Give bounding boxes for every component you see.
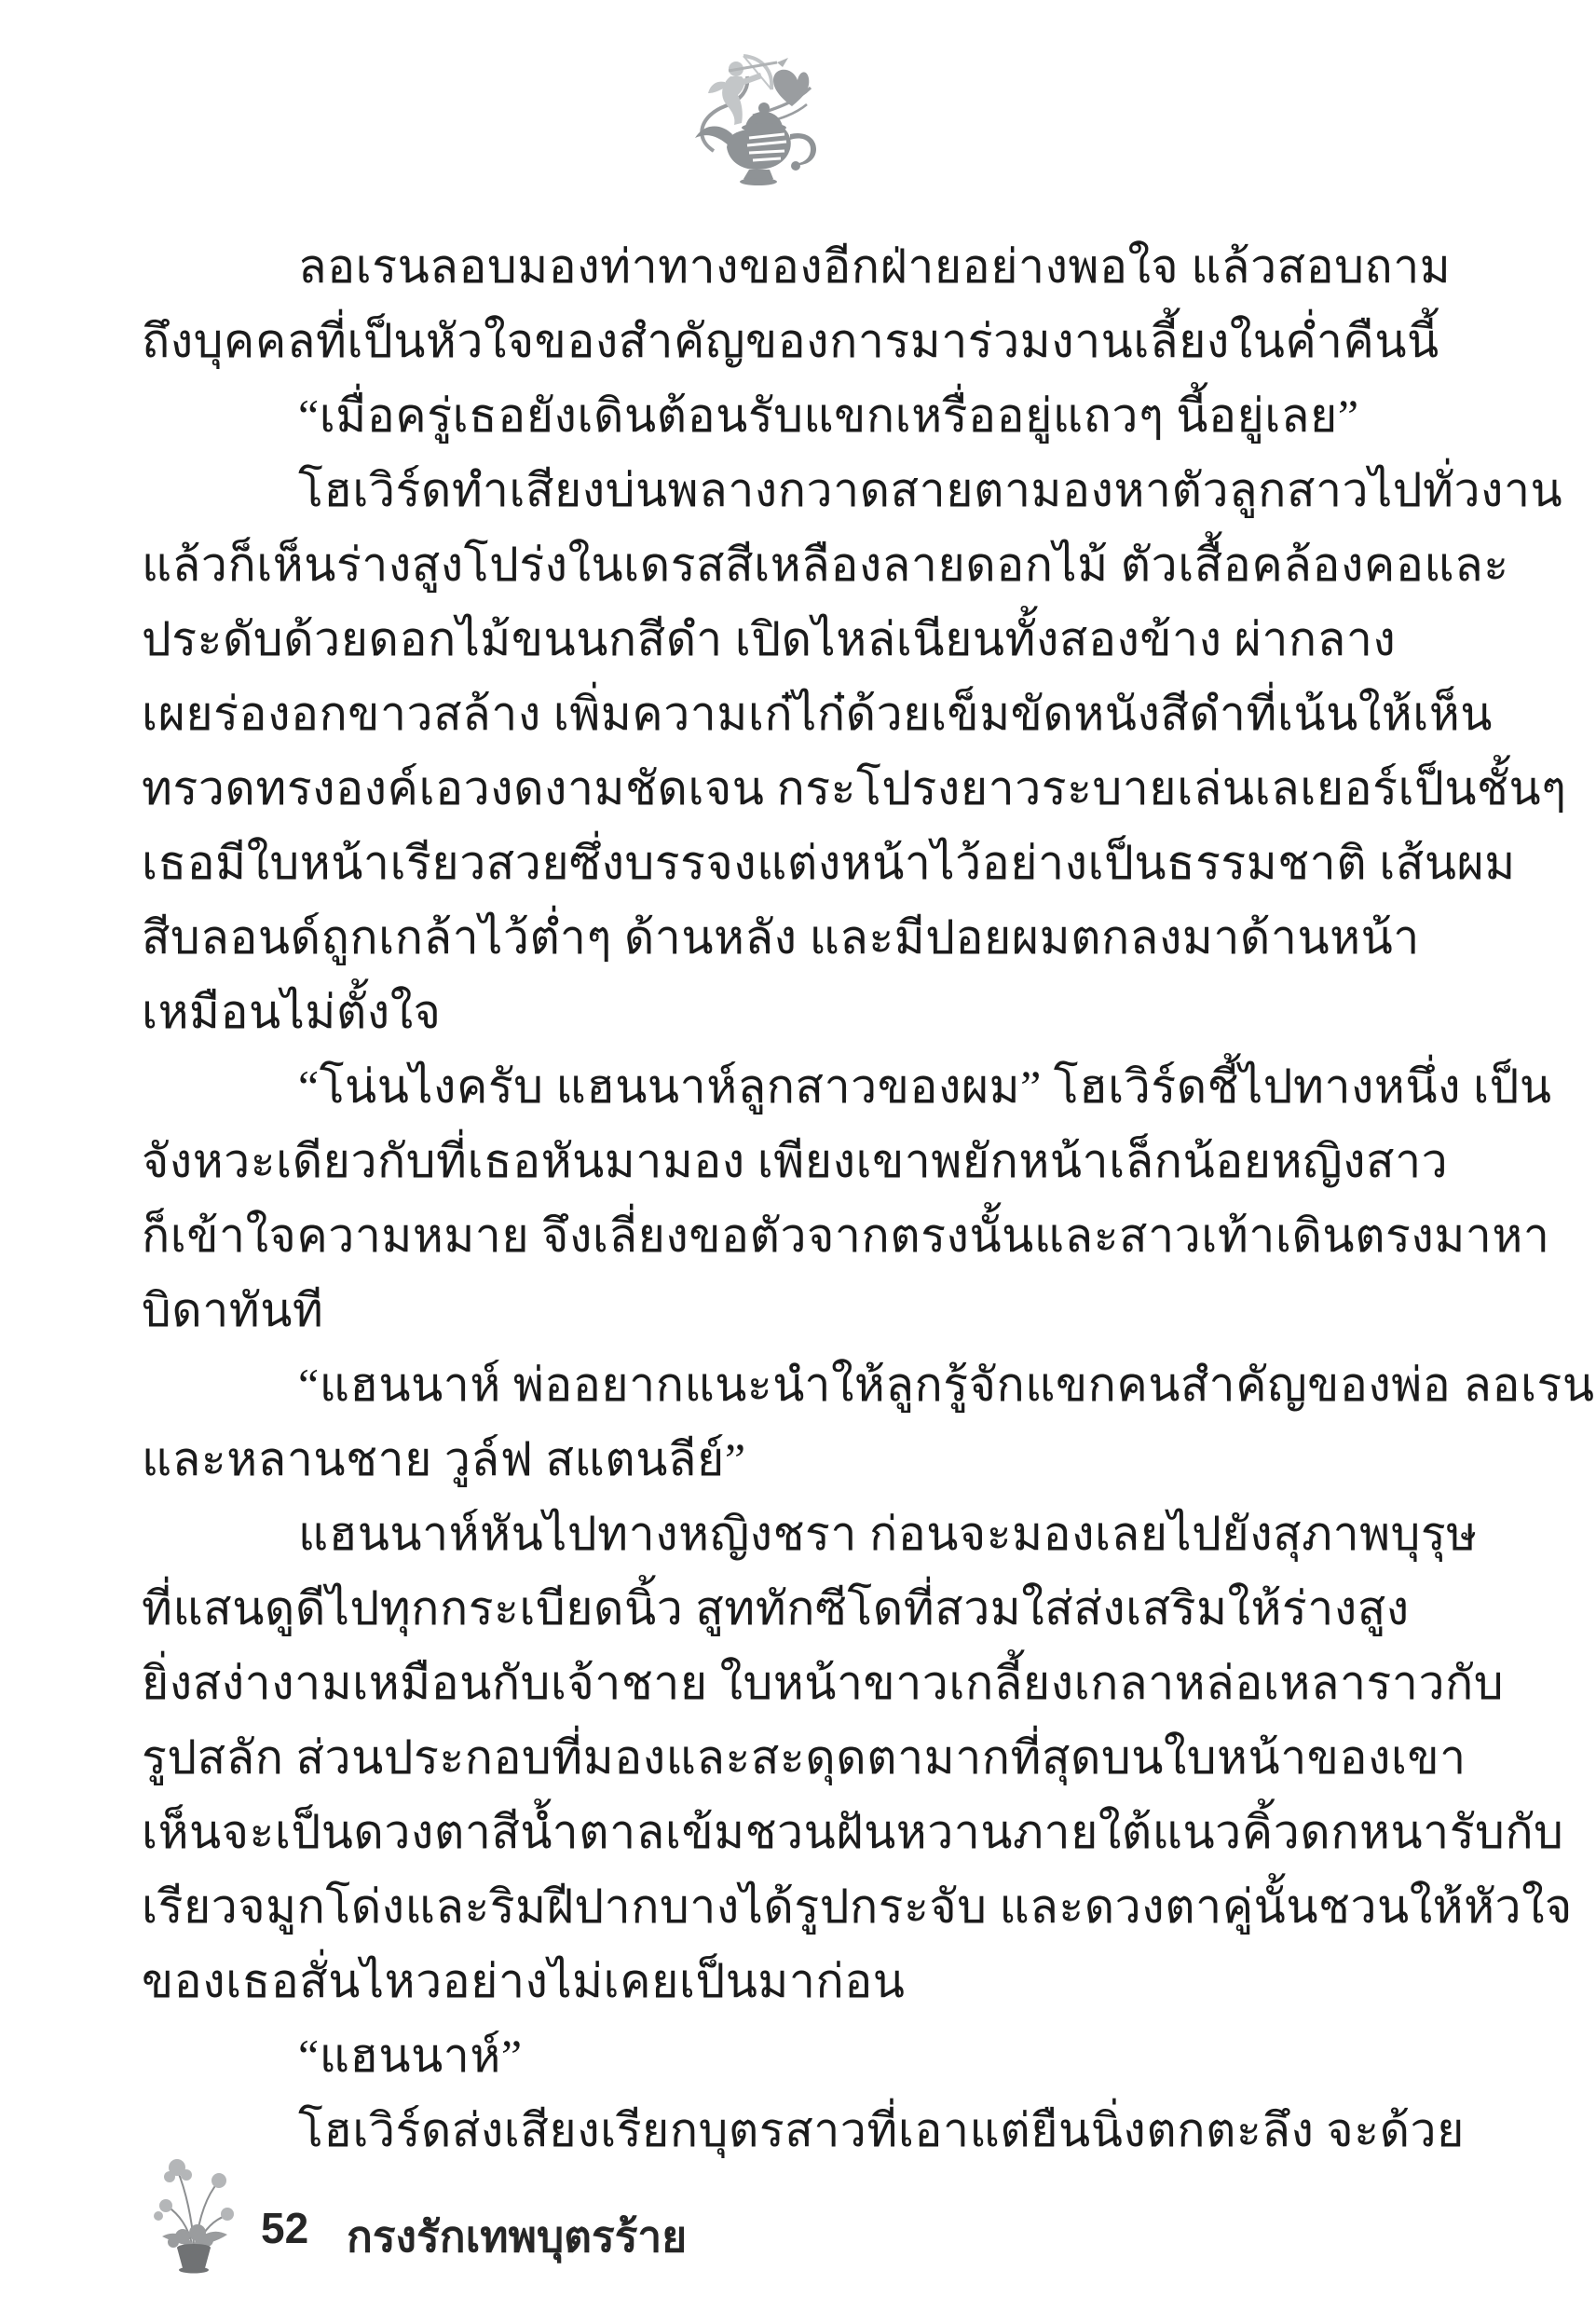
book-title: กรงรักเทพบุตรร้าย (347, 2203, 687, 2271)
cupid-genie-lamp-icon (688, 48, 837, 188)
body-text-line: เธอมีใบหน้าเรียวสวยซึ่งบรรจงแต่งหน้าไว้อ… (142, 826, 1465, 900)
body-text-line: “เมื่อครู่เธอยังเดินต้อนรับแขกเหรื่ออยู่… (142, 378, 1465, 453)
body-text-line: สีบลอนด์ถูกเกล้าไว้ต่ำๆ ด้านหลัง และมีปอ… (142, 900, 1465, 975)
body-text-line: ประดับด้วยดอกไม้ขนนกสีดำ เปิดไหล่เนียนทั… (142, 602, 1465, 677)
body-text-line: บิดาทันที (142, 1273, 1465, 1347)
body-text-line: ของเธอสั่นไหวอย่างไม่เคยเป็นมาก่อน (142, 1944, 1465, 2018)
body-text-line: และหลานชาย วูล์ฟ สแตนลีย์” (142, 1422, 1465, 1497)
body-text-line: เรียวจมูกโด่งและริมฝีปากบางได้รูปกระจับ … (142, 1869, 1465, 1944)
body-text-line: แฮนนาห์หันไปทางหญิงชรา ก่อนจะมองเลยไปยัง… (142, 1497, 1465, 1571)
body-text-line: เห็นจะเป็นดวงตาสีน้ำตาลเข้มชวนฝันหวานภาย… (142, 1795, 1465, 1869)
body-text-line: ก็เข้าใจความหมาย จึงเลี่ยงขอตัวจากตรงนั้… (142, 1198, 1465, 1273)
body-text-line: เผยร่องอกขาวสล้าง เพิ่มความเก๋ไก๋ด้วยเข็… (142, 677, 1465, 751)
page-footer: 52 กรงรักเทพบุตรร้าย (138, 2154, 1442, 2294)
page-number: 52 (261, 2203, 308, 2253)
body-text: ลอเรนลอบมองท่าทางของอีกฝ่ายอย่างพอใจ แล้… (142, 229, 1465, 2167)
body-text-line: รูปสลัก ส่วนประกอบที่มองและสะดุดตามากที่… (142, 1720, 1465, 1795)
body-text-line: ลอเรนลอบมองท่าทางของอีกฝ่ายอย่างพอใจ แล้… (142, 229, 1465, 304)
body-text-line: “แฮนนาห์ พ่ออยากแนะนำให้ลูกรู้จักแขกคนสำ… (142, 1347, 1465, 1422)
body-text-line: “โน่นไงครับ แฮนนาห์ลูกสาวของผม” โฮเวิร์ด… (142, 1049, 1465, 1124)
book-page: ลอเรนลอบมองท่าทางของอีกฝ่ายอย่างพอใจ แล้… (0, 0, 1596, 2311)
body-text-line: ยิ่งสง่างามเหมือนกับเจ้าชาย ใบหน้าขาวเกล… (142, 1646, 1465, 1720)
body-text-line: ทรวดทรงองค์เอวงดงามชัดเจน กระโปรงยาวระบา… (142, 751, 1465, 826)
body-text-line: “แฮนนาห์” (142, 2018, 1465, 2093)
body-text-line: โฮเวิร์ดทำเสียงบ่นพลางกวาดสายตามองหาตัวล… (142, 453, 1465, 527)
flower-pot-icon (145, 2154, 243, 2276)
body-text-line: ที่แสนดูดีไปทุกกระเบียดนิ้ว สูททักซีโดที… (142, 1571, 1465, 1646)
body-text-line: เหมือนไม่ตั้งใจ (142, 975, 1465, 1049)
body-text-line: จังหวะเดียวกับที่เธอหันมามอง เพียงเขาพยั… (142, 1124, 1465, 1198)
body-text-line: แล้วก็เห็นร่างสูงโปร่งในเดรสสีเหลืองลายด… (142, 527, 1465, 602)
body-text-line: ถึงบุคคลที่เป็นหัวใจของสำคัญของการมาร่วม… (142, 304, 1465, 378)
